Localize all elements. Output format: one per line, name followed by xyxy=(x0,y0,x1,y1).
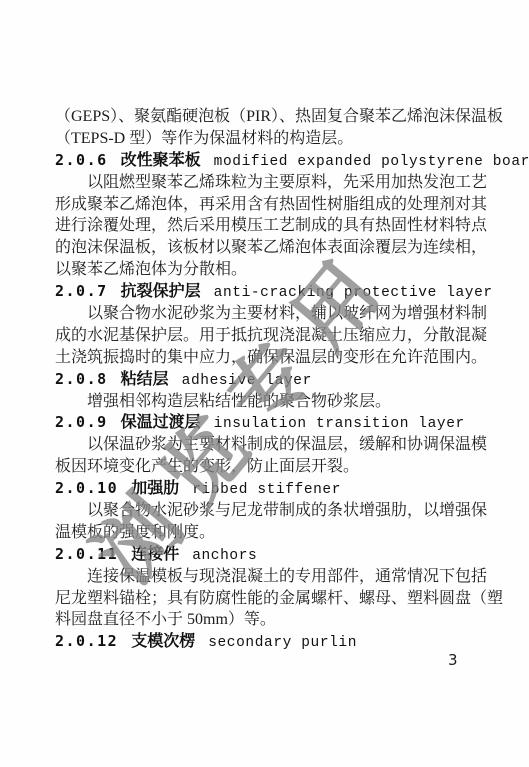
term-number: 2.0.9 xyxy=(55,413,108,431)
text-line: （TEPS-D 型）等作为保温材料的构造层。 xyxy=(55,128,491,150)
term-name-en: ribbed stiffener xyxy=(192,482,341,498)
text-line: 的泡沫保温板，该板材以聚苯乙烯泡体表面涂覆层为连续相， xyxy=(55,237,491,259)
term-heading: 2.0.10加强肋ribbed stiffener xyxy=(55,478,491,500)
term-name-en: anti-cracking protective layer xyxy=(214,285,493,301)
text-line: 以阻燃型聚苯乙烯珠粒为主要原料，先采用加热发泡工艺 xyxy=(55,172,491,194)
term-number: 2.0.11 xyxy=(55,545,118,563)
text-line: 以聚合物水泥砂浆与尼龙带制成的条状增强肋，以增强保 xyxy=(55,500,491,522)
text-line: 尼龙塑料锚栓；具有防腐性能的金属螺杆、螺母、塑料圆盘（塑 xyxy=(55,588,491,610)
term-name-zh: 改性聚苯板 xyxy=(121,152,201,169)
term-name-zh: 抗裂保护层 xyxy=(121,283,201,300)
text-line: 增强相邻构造层粘结性能的聚合物砂浆层。 xyxy=(55,391,491,413)
text-line: （GEPS）、聚氨酯硬泡板（PIR）、热固复合聚苯乙烯泡沫保温板 xyxy=(55,106,491,128)
term-heading: 2.0.11连接件anchors xyxy=(55,544,491,566)
term-number: 2.0.7 xyxy=(55,282,108,300)
term-heading: 2.0.9保温过渡层insulation transition layer xyxy=(55,412,491,434)
document-page: （GEPS）、聚氨酯硬泡板（PIR）、热固复合聚苯乙烯泡沫保温板 （TEPS-D… xyxy=(0,0,529,767)
text-line: 以聚苯乙烯泡体为分散相。 xyxy=(55,259,491,281)
term-name-en: secondary purlin xyxy=(208,635,357,651)
term-heading: 2.0.7抗裂保护层anti-cracking protective layer xyxy=(55,281,491,303)
term-number: 2.0.12 xyxy=(55,632,118,650)
term-name-en: adhesive layer xyxy=(182,373,312,389)
text-line: 土浇筑振捣时的集中应力，确保保温层的变形在允许范围内。 xyxy=(55,347,491,369)
term-name-en: anchors xyxy=(192,548,257,564)
term-heading: 2.0.6改性聚苯板modified expanded polystyrene … xyxy=(55,150,491,172)
page-number: 3 xyxy=(448,651,458,669)
text-line: 连接保温模板与现浇混凝土的专用部件，通常情况下包括 xyxy=(55,566,491,588)
text-line: 以聚合物水泥砂浆为主要材料，辅以玻纤网为增强材料制 xyxy=(55,303,491,325)
text-line: 料园盘直径不小于 50mm）等。 xyxy=(55,609,491,631)
term-name-en: insulation transition layer xyxy=(214,416,465,432)
text-line: 成的水泥基保护层。用于抵抗现浇混凝土压缩应力，分散混凝 xyxy=(55,325,491,347)
page-content: （GEPS）、聚氨酯硬泡板（PIR）、热固复合聚苯乙烯泡沫保温板 （TEPS-D… xyxy=(55,106,491,653)
text-line: 进行涂覆处理，然后采用模压工艺制成的具有热固性材料特点 xyxy=(55,215,491,237)
term-name-zh: 连接件 xyxy=(131,546,179,563)
term-number: 2.0.10 xyxy=(55,479,118,497)
term-number: 2.0.6 xyxy=(55,151,108,169)
term-heading: 2.0.12支模次楞secondary purlin xyxy=(55,631,491,653)
term-name-zh: 粘结层 xyxy=(121,371,169,388)
term-heading: 2.0.8粘结层adhesive layer xyxy=(55,369,491,391)
term-number: 2.0.8 xyxy=(55,370,108,388)
term-name-zh: 支模次楞 xyxy=(131,633,195,650)
term-name-zh: 加强肋 xyxy=(131,480,179,497)
text-line: 形成聚苯乙烯泡体，再采用含有热固性树脂组成的处理剂对其 xyxy=(55,194,491,216)
text-line: 以保温砂浆为主要材料制成的保温层，缓解和协调保温模 xyxy=(55,434,491,456)
text-line: 温模板的强度和刚度。 xyxy=(55,522,491,544)
term-name-zh: 保温过渡层 xyxy=(121,414,201,431)
term-name-en: modified expanded polystyrene board xyxy=(214,154,529,170)
text-line: 板因环境变化产生的变形，防止面层开裂。 xyxy=(55,456,491,478)
